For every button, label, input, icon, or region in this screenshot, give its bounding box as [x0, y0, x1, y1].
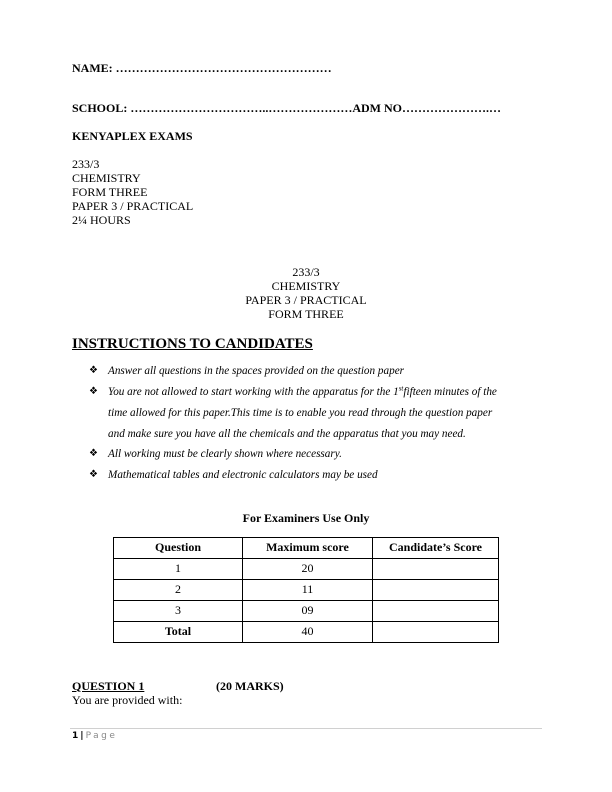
table-row: 3 09 [114, 601, 499, 622]
center-form: FORM THREE [0, 307, 612, 321]
paper-subject: CHEMISTRY [72, 171, 193, 185]
cell-candidate-score[interactable] [373, 559, 499, 580]
page-label: Page [86, 731, 118, 741]
footer-separator: | [80, 731, 83, 741]
cell-max-score: 11 [243, 580, 373, 601]
center-paper-block: 233/3 CHEMISTRY PAPER 3 / PRACTICAL FORM… [0, 265, 612, 321]
header-maximum-score: Maximum score [243, 538, 373, 559]
instructions-heading: INSTRUCTIONS TO CANDIDATES [72, 336, 313, 353]
paper-code: 233/3 [72, 157, 193, 171]
page-number: 1 [72, 731, 78, 741]
bullet-diamond-icon: ❖ [89, 469, 98, 480]
footer-divider [70, 728, 542, 729]
center-subject: CHEMISTRY [0, 279, 612, 293]
paper-type: PAPER 3 / PRACTICAL [72, 199, 193, 213]
cell-max-score: 09 [243, 601, 373, 622]
table-row: 1 20 [114, 559, 499, 580]
bullet-diamond-icon: ❖ [89, 448, 98, 459]
paper-form: FORM THREE [72, 185, 193, 199]
table-total-row: Total 40 [114, 622, 499, 643]
examiners-table-title: For Examiners Use Only [0, 511, 612, 526]
page-footer: 1|Page [72, 731, 117, 741]
cell-question: 1 [114, 559, 243, 580]
table-header-row: Question Maximum score Candidate’s Score [114, 538, 499, 559]
bullet-diamond-icon: ❖ [89, 386, 98, 397]
bullet-diamond-icon: ❖ [89, 365, 98, 376]
center-paper: PAPER 3 / PRACTICAL [0, 293, 612, 307]
center-code: 233/3 [0, 265, 612, 279]
cell-question: 3 [114, 601, 243, 622]
school-adm-field-label: SCHOOL: ……………………………..…………………ADM NO………………… [72, 101, 501, 116]
header-candidate-score: Candidate’s Score [373, 538, 499, 559]
cell-candidate-score[interactable] [373, 580, 499, 601]
cell-total-candidate-score[interactable] [373, 622, 499, 643]
cell-total-label: Total [114, 622, 243, 643]
question-1-title: QUESTION 1 [72, 679, 144, 694]
cell-max-score: 20 [243, 559, 373, 580]
cell-candidate-score[interactable] [373, 601, 499, 622]
cell-total-max: 40 [243, 622, 373, 643]
paper-duration: 2¼ HOURS [72, 213, 193, 227]
question-1-intro: You are provided with: [72, 693, 182, 708]
cell-question: 2 [114, 580, 243, 601]
header-question: Question [114, 538, 243, 559]
paper-info-block: 233/3 CHEMISTRY FORM THREE PAPER 3 / PRA… [72, 157, 193, 227]
table-row: 2 11 [114, 580, 499, 601]
name-field-label: NAME: ……………………………………………… [72, 61, 332, 76]
exam-body-title: KENYAPLEX EXAMS [72, 129, 193, 144]
question-1-marks: (20 MARKS) [216, 679, 284, 694]
examiners-score-table: Question Maximum score Candidate’s Score… [113, 537, 499, 643]
